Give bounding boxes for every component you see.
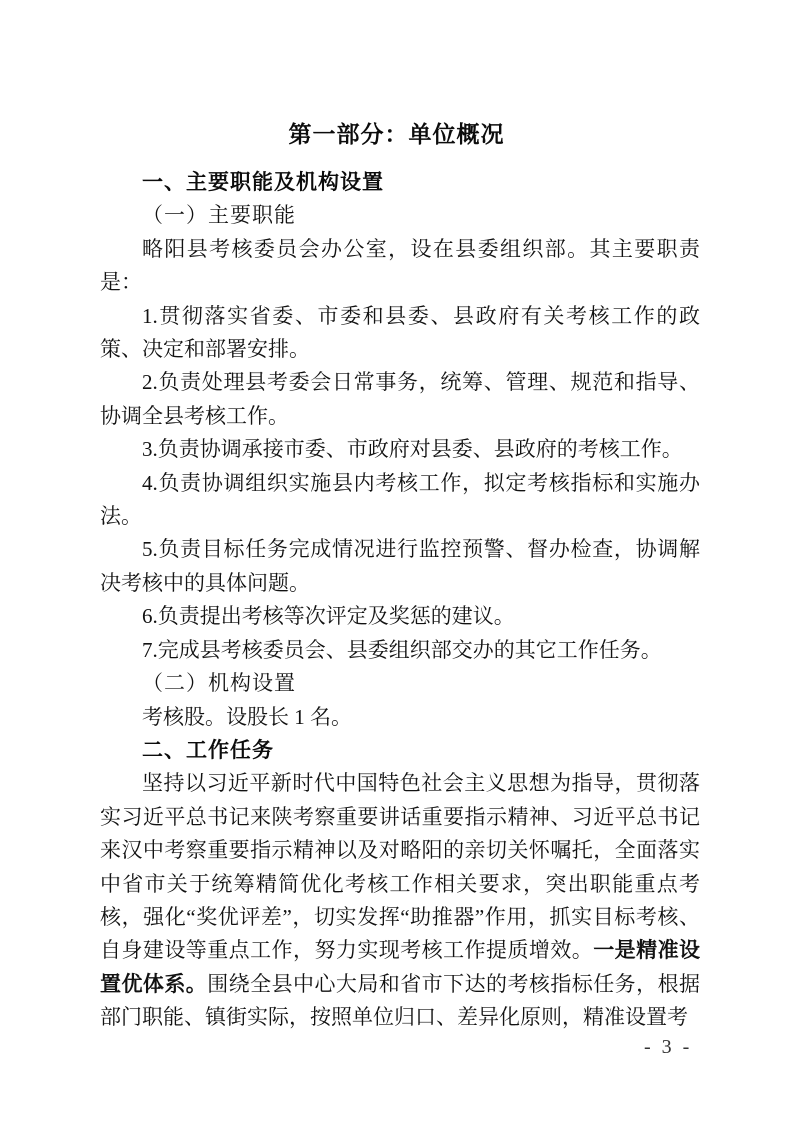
duty-item-2: 2.负责处理县考委会日常事务，统筹、管理、规范和指导、协调全县考核工作。 xyxy=(100,366,700,433)
document-title: 第一部分：单位概况 xyxy=(0,116,793,149)
duty-item-5: 5.负责目标任务完成情况进行监控预警、督办检查，协调解决考核中的具体问题。 xyxy=(100,533,700,600)
work-tasks-text: 坚持以习近平新时代中国特色社会主义思想为指导，贯彻落实习近平总书记来陕考察重要讲… xyxy=(100,771,700,962)
duty-item-7: 7.完成县考核委员会、县委组织部交办的其它工作任务。 xyxy=(100,634,700,667)
subsection-heading-org-setup: （二）机构设置 xyxy=(100,667,700,700)
section-heading-work-tasks: 二、工作任务 xyxy=(100,734,700,767)
document-body: 一、主要职能及机构设置 （一）主要职能 略阳县考核委员会办公室，设在县委组织部。… xyxy=(100,166,700,1035)
intro-paragraph: 略阳县考核委员会办公室，设在县委组织部。其主要职责是： xyxy=(100,233,700,300)
duty-item-3: 3.负责协调承接市委、市政府对县委、县政府的考核工作。 xyxy=(100,433,700,466)
section-heading-main-functions: 一、主要职能及机构设置 xyxy=(100,166,700,199)
page-number: - 3 - xyxy=(644,1036,692,1059)
subsection-heading-main-functions: （一）主要职能 xyxy=(100,199,700,232)
duty-item-6: 6.负责提出考核等次评定及奖惩的建议。 xyxy=(100,600,700,633)
org-setup-paragraph: 考核股。设股长 1 名。 xyxy=(100,701,700,734)
duty-item-1: 1.贯彻落实省委、市委和县委、县政府有关考核工作的政策、决定和部署安排。 xyxy=(100,300,700,367)
document-page: 第一部分：单位概况 一、主要职能及机构设置 （一）主要职能 略阳县考核委员会办公… xyxy=(0,0,793,1122)
work-tasks-paragraph: 坚持以习近平新时代中国特色社会主义思想为指导，贯彻落实习近平总书记来陕考察重要讲… xyxy=(100,767,700,1034)
duty-item-4: 4.负责协调组织实施县内考核工作，拟定考核指标和实施办法。 xyxy=(100,467,700,534)
